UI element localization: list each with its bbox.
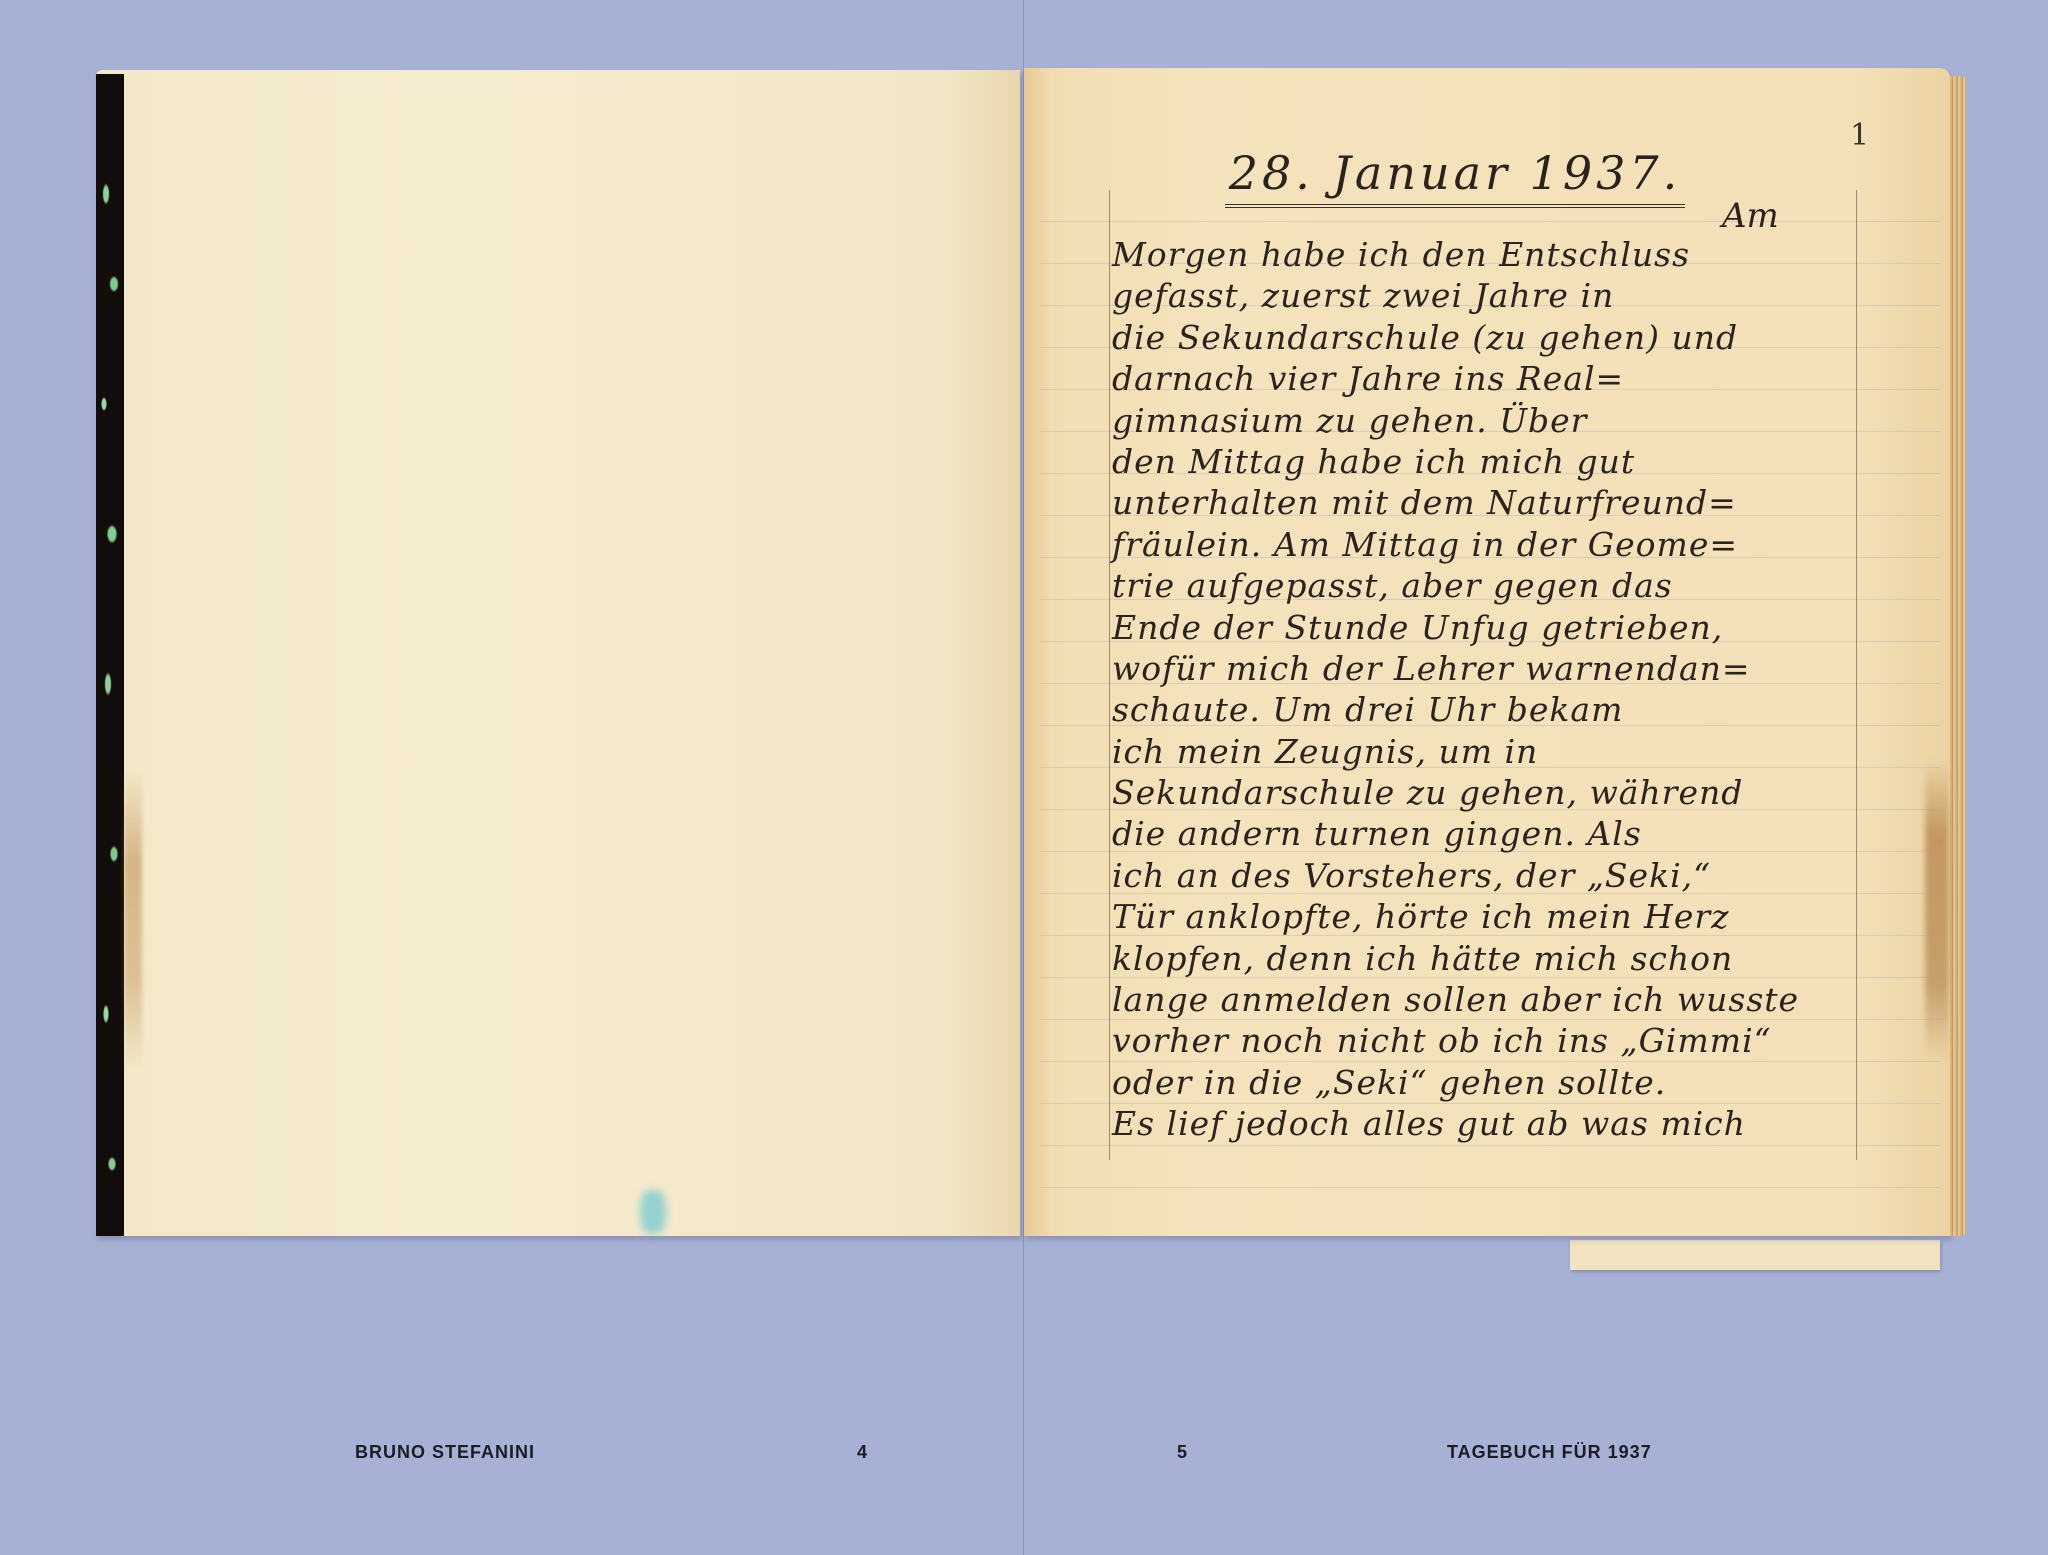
margin-rule-left — [1109, 190, 1110, 1160]
running-title-author: BRUNO STEFANINI — [355, 1442, 535, 1463]
diary-line: Ende der Stunde Unfug getrieben, — [1112, 607, 1872, 648]
left-page-stain — [124, 770, 142, 1070]
handwritten-page-number: 1 — [1850, 118, 1869, 153]
marbled-spine — [96, 74, 124, 1236]
diary-line: ich an des Vorstehers, der „Seki,“ — [1112, 855, 1872, 896]
diary-line: Tür anklopfte, hörte ich mein Herz — [1112, 896, 1872, 937]
diary-line: trie aufgepasst, aber gegen das — [1112, 565, 1872, 606]
diary-date-heading: 28. Januar 1937. — [1225, 146, 1685, 208]
left-notebook-page-blank — [96, 70, 1020, 1236]
diary-line: die andern turnen gingen. Als — [1112, 813, 1872, 854]
diary-line: vorher noch nicht ob ich ins „Gimmi“ — [1112, 1020, 1872, 1061]
diary-line: wofür mich der Lehrer warnendan= — [1112, 648, 1872, 689]
diary-line: Morgen habe ich den Entschluss — [1112, 234, 1872, 275]
loose-sheet-edge — [1570, 1240, 1940, 1270]
diary-line: oder in die „Seki“ gehen sollte. — [1112, 1062, 1872, 1103]
diary-line: lange anmelden sollen aber ich wusste — [1112, 979, 1872, 1020]
folio-left: 4 — [857, 1442, 868, 1463]
blue-ink-mark — [640, 1190, 666, 1234]
diary-line: fräulein. Am Mittag in der Geome= — [1112, 524, 1872, 565]
diary-line: gefasst, zuerst zwei Jahre in — [1112, 275, 1872, 316]
folio-right: 5 — [1177, 1442, 1188, 1463]
page-block-edges — [1950, 76, 1966, 1236]
diary-lead-word: Am — [1722, 196, 1779, 236]
diary-line: gimnasium zu gehen. Über — [1112, 400, 1872, 441]
diary-line: unterhalten mit dem Naturfreund= — [1112, 482, 1872, 523]
diary-line: schaute. Um drei Uhr bekam — [1112, 689, 1872, 730]
diary-line: die Sekundarschule (zu gehen) und — [1112, 317, 1872, 358]
diary-line: Sekundarschule zu gehen, während — [1112, 772, 1872, 813]
diary-line: Es lief jedoch alles gut ab was mich — [1112, 1103, 1872, 1144]
diary-line: darnach vier Jahre ins Real= — [1112, 358, 1872, 399]
diary-line: ich mein Zeugnis, um in — [1112, 731, 1872, 772]
running-title-book: TAGEBUCH FÜR 1937 — [1447, 1442, 1652, 1463]
diary-line: den Mittag habe ich mich gut — [1112, 441, 1872, 482]
diary-entry-text: Morgen habe ich den Entschluss gefasst, … — [1112, 234, 1872, 1145]
diary-line: klopfen, denn ich hätte mich schon — [1112, 938, 1872, 979]
